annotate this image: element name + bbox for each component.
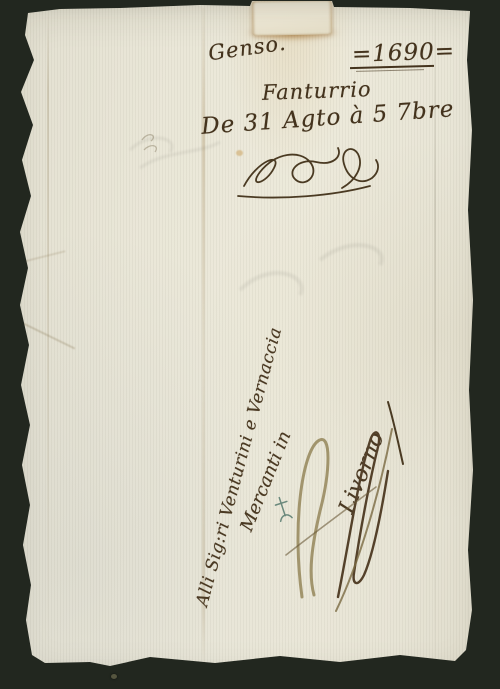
fold-line-left <box>47 10 49 660</box>
debris-speck <box>111 674 117 679</box>
header-year: =1690= <box>352 38 456 68</box>
year-underline-echo <box>356 69 424 72</box>
edge-crease <box>18 250 65 264</box>
tape-patch <box>252 0 333 35</box>
photo-background: Genso. =1690= Fanturrio De 31 Agto à 5 7… <box>0 0 500 689</box>
letter-paper: Genso. =1690= Fanturrio De 31 Agto à 5 7… <box>0 0 500 689</box>
edge-crease <box>19 321 76 350</box>
header-place: Genso. <box>207 31 288 66</box>
docket-date-range: De 31 Agto à 5 7bre <box>200 96 455 140</box>
docket-name: Fanturrio <box>262 77 372 105</box>
faint-scribble <box>138 126 170 158</box>
scribal-flourish <box>234 140 384 202</box>
cross-mark <box>272 494 294 524</box>
show-through-mark <box>230 220 410 310</box>
